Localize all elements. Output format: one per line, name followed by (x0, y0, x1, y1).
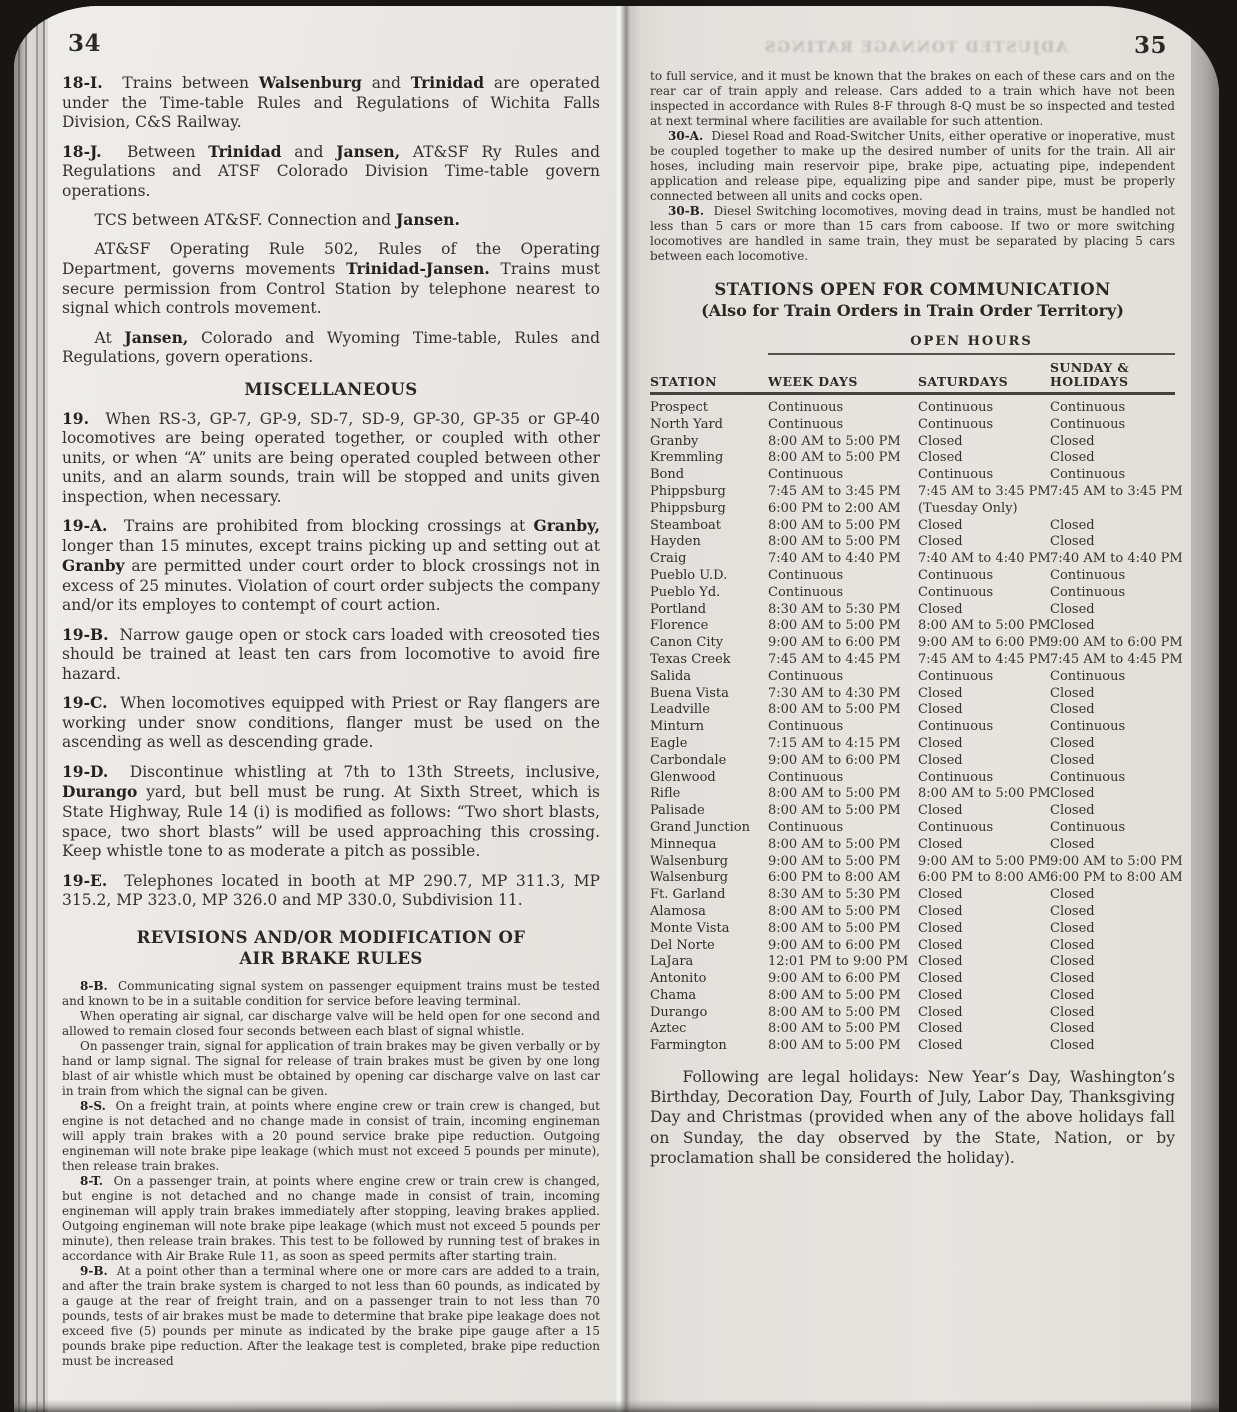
hours-cell: Continuous (1050, 669, 1175, 686)
station-name: Eagle (650, 736, 768, 753)
hours-cell: Closed (1050, 938, 1175, 955)
paragraph: AT&SF Operating Rule 502, Rules of the O… (62, 240, 600, 319)
station-name: Pueblo U.D. (650, 568, 768, 585)
paragraph: 30-A. Diesel Road and Road-Switcher Unit… (650, 129, 1175, 204)
hours-cell (1050, 501, 1175, 518)
book-gutter (616, 6, 630, 1412)
hours-cell: Continuous (918, 568, 1050, 585)
hours-cell: Closed (918, 1021, 1050, 1038)
bold-run: 18-J. (62, 142, 102, 161)
hours-cell: Continuous (768, 669, 918, 686)
station-name: Durango (650, 1005, 768, 1022)
paragraph: 18-J. Between Trinidad and Jansen, AT&SF… (62, 142, 600, 202)
bold-run: 19-C. (62, 693, 107, 712)
table-row: Palisade8:00 AM to 5:00 PMClosedClosed (650, 803, 1175, 820)
bold-run: Granby (62, 556, 125, 575)
paragraph: 8-S. On a freight train, at points where… (62, 1099, 600, 1174)
hours-cell: Continuous (918, 770, 1050, 787)
hours-cell: Closed (1050, 921, 1175, 938)
hours-cell: Closed (1050, 518, 1175, 535)
table-row: GlenwoodContinuousContinuousContinuous (650, 770, 1175, 787)
hours-cell: 9:00 AM to 6:00 PM (768, 971, 918, 988)
column-header: WEEK DAYS (768, 375, 918, 389)
paragraph: 19-A. Trains are prohibited from blockin… (62, 516, 600, 616)
station-name: Palisade (650, 803, 768, 820)
table-row: Pueblo U.D.ContinuousContinuousContinuou… (650, 568, 1175, 585)
paragraph: 19-E. Telephones located in booth at MP … (62, 871, 600, 911)
table-row: Rifle8:00 AM to 5:00 PM8:00 AM to 5:00 P… (650, 786, 1175, 803)
station-name: Alamosa (650, 904, 768, 921)
hours-cell: 8:00 AM to 5:00 PM (768, 988, 918, 1005)
hours-cell: 8:00 AM to 5:00 PM (918, 786, 1050, 803)
hours-cell: 9:00 AM to 6:00 PM (768, 635, 918, 652)
table-row: Monte Vista8:00 AM to 5:00 PMClosedClose… (650, 921, 1175, 938)
hours-cell: 7:45 AM to 4:45 PM (1050, 652, 1183, 669)
table-row: Alamosa8:00 AM to 5:00 PMClosedClosed (650, 904, 1175, 921)
table-row: SalidaContinuousContinuousContinuous (650, 669, 1175, 686)
section-heading: MISCELLANEOUS (62, 380, 600, 399)
hours-cell: 8:00 AM to 5:00 PM (768, 434, 918, 451)
hours-cell: Closed (1050, 803, 1175, 820)
page-34-content: 18-I. Trains between Walsenburg and Trin… (62, 73, 600, 1369)
hours-cell: Closed (918, 971, 1050, 988)
text-run: and (362, 74, 411, 92)
hours-cell: Closed (918, 988, 1050, 1005)
text-run: are permitted under court order to block… (62, 557, 600, 614)
bold-run: Trinidad-Jansen. (346, 259, 490, 278)
paragraph: 8-B. Communicating signal system on pass… (62, 979, 600, 1009)
text-run: At (95, 329, 125, 347)
text-run: Diesel Switching locomotives, moving dea… (650, 204, 1175, 263)
hours-cell: Closed (1050, 534, 1175, 551)
paragraph: 30-B. Diesel Switching locomotives, movi… (650, 204, 1175, 264)
hours-cell: 8:30 AM to 5:30 PM (768, 887, 918, 904)
hours-cell: Continuous (768, 770, 918, 787)
station-name: Del Norte (650, 938, 768, 955)
hours-cell: 8:00 AM to 5:00 PM (768, 450, 918, 467)
hours-cell: Closed (918, 434, 1050, 451)
hours-cell: 8:00 AM to 5:00 PM (918, 618, 1050, 635)
station-name: Minnequa (650, 837, 768, 854)
hours-cell: 8:00 AM to 5:00 PM (768, 786, 918, 803)
hours-cell: 8:00 AM to 5:00 PM (768, 1038, 918, 1055)
station-name: Florence (650, 618, 768, 635)
station-name: Salida (650, 669, 768, 686)
bold-run: 8-B. (80, 979, 108, 993)
station-name: Craig (650, 551, 768, 568)
hours-cell: Continuous (918, 467, 1050, 484)
bold-run: 19-A. (62, 516, 107, 535)
hours-cell: 12:01 PM to 9:00 PM (768, 954, 918, 971)
hours-cell: 7:40 AM to 4:40 PM (768, 551, 918, 568)
hours-cell: Continuous (1050, 400, 1175, 417)
station-name: Walsenburg (650, 854, 768, 871)
text-run: Following are legal holidays: New Year’s… (650, 1068, 1175, 1167)
bold-run: 30-B. (668, 204, 704, 218)
hours-cell: Continuous (918, 820, 1050, 837)
stations-section-subtitle: (Also for Train Orders in Train Order Te… (650, 301, 1175, 320)
stations-section-title: STATIONS OPEN FOR COMMUNICATION (650, 280, 1175, 299)
hours-cell: Closed (1050, 736, 1175, 753)
hours-cell: Closed (918, 602, 1050, 619)
hours-cell: Closed (1050, 602, 1175, 619)
hours-cell: Closed (918, 837, 1050, 854)
hours-cell: Closed (918, 518, 1050, 535)
table-row: Farmington8:00 AM to 5:00 PMClosedClosed (650, 1038, 1175, 1055)
table-row: Leadville8:00 AM to 5:00 PMClosedClosed (650, 702, 1175, 719)
table-row: ProspectContinuousContinuousContinuous (650, 400, 1175, 417)
hours-cell: 8:00 AM to 5:00 PM (768, 837, 918, 854)
text-run: When operating air signal, car discharge… (62, 1009, 600, 1038)
table-row: Texas Creek7:45 AM to 4:45 PM7:45 AM to … (650, 652, 1175, 669)
hours-cell: Closed (918, 887, 1050, 904)
bold-run: 19-B. (62, 625, 109, 644)
station-name: Glenwood (650, 770, 768, 787)
bold-run: 9-B. (80, 1264, 108, 1278)
hours-cell: 8:00 AM to 5:00 PM (768, 921, 918, 938)
hours-cell: Closed (1050, 904, 1175, 921)
paragraph: 19-C. When locomotives equipped with Pri… (62, 693, 600, 753)
station-name: Aztec (650, 1021, 768, 1038)
table-row: Eagle7:15 AM to 4:15 PMClosedClosed (650, 736, 1175, 753)
page-edge-stack-right (1191, 6, 1219, 1412)
bold-run: Jansen, (336, 142, 400, 161)
heading-line: REVISIONS AND/OR MODIFICATION OF (62, 927, 600, 948)
hours-cell: 7:30 AM to 4:30 PM (768, 686, 918, 703)
paragraph: When operating air signal, car discharge… (62, 1009, 600, 1039)
table-row: Aztec8:00 AM to 5:00 PMClosedClosed (650, 1021, 1175, 1038)
hours-cell: Closed (918, 1038, 1050, 1055)
table-row: Chama8:00 AM to 5:00 PMClosedClosed (650, 988, 1175, 1005)
text-run: On a freight train, at points where engi… (62, 1099, 600, 1173)
hours-cell: Continuous (1050, 719, 1175, 736)
paragraph: 9-B. At a point other than a terminal wh… (62, 1264, 600, 1369)
paragraph: TCS between AT&SF. Connection and Jansen… (62, 210, 600, 231)
text-run: Trains are prohibited from blocking cros… (107, 517, 533, 535)
table-row: Steamboat8:00 AM to 5:00 PMClosedClosed (650, 518, 1175, 535)
page-number-left: 34 (68, 30, 600, 57)
text-run: and (282, 143, 337, 161)
table-row: Phippsburg6:00 PM to 2:00 AM(Tuesday Onl… (650, 501, 1175, 518)
table-row: Kremmling8:00 AM to 5:00 PMClosedClosed (650, 450, 1175, 467)
hours-cell: Closed (1050, 887, 1175, 904)
hours-cell: Closed (1050, 753, 1175, 770)
hours-cell: Continuous (768, 820, 918, 837)
hours-cell: Continuous (1050, 820, 1175, 837)
hours-cell: 8:00 AM to 5:00 PM (768, 803, 918, 820)
hours-cell: 6:00 PM to 2:00 AM (768, 501, 918, 518)
paragraph: On passenger train, signal for applicati… (62, 1039, 600, 1099)
column-header: SUNDAY & HOLIDAYS (1050, 361, 1175, 389)
hours-cell: Continuous (768, 400, 918, 417)
hours-cell: 8:00 AM to 5:00 PM (768, 1021, 918, 1038)
table-row: Walsenburg9:00 AM to 5:00 PM9:00 AM to 5… (650, 854, 1175, 871)
hours-cell: 7:45 AM to 3:45 PM (918, 484, 1050, 501)
hours-cell: Closed (918, 803, 1050, 820)
station-name: Rifle (650, 786, 768, 803)
station-name: Bond (650, 467, 768, 484)
hours-cell: Closed (1050, 786, 1175, 803)
hours-cell: Continuous (918, 417, 1050, 434)
hours-cell: Continuous (768, 585, 918, 602)
paragraph: Following are legal holidays: New Year’s… (650, 1067, 1175, 1168)
hours-cell: Continuous (768, 467, 918, 484)
table-row: Buena Vista7:30 AM to 4:30 PMClosedClose… (650, 686, 1175, 703)
station-name: Grand Junction (650, 820, 768, 837)
station-name: Walsenburg (650, 870, 768, 887)
hours-cell: Continuous (918, 719, 1050, 736)
text-run: Discontinue whistling at 7th to 13th Str… (108, 763, 600, 781)
station-name: North Yard (650, 417, 768, 434)
hours-cell: Closed (1050, 618, 1175, 635)
hours-cell: Closed (1050, 988, 1175, 1005)
text-run: yard, but bell must be rung. At Sixth St… (62, 783, 600, 860)
hours-cell: Continuous (1050, 467, 1175, 484)
station-name: Leadville (650, 702, 768, 719)
hours-cell: Closed (1050, 450, 1175, 467)
hours-cell: Closed (1050, 837, 1175, 854)
hours-cell: 7:45 AM to 3:45 PM (768, 484, 918, 501)
hours-cell: Continuous (768, 719, 918, 736)
station-name: Minturn (650, 719, 768, 736)
hours-cell: Closed (1050, 686, 1175, 703)
station-name: Canon City (650, 635, 768, 652)
text-run: When locomotives equipped with Priest or… (62, 694, 600, 751)
hours-cell: Closed (918, 753, 1050, 770)
hours-cell: 9:00 AM to 5:00 PM (918, 854, 1050, 871)
hours-cell: Continuous (918, 669, 1050, 686)
text-run: On passenger train, signal for applicati… (62, 1039, 600, 1098)
text-run: When RS-3, GP-7, GP-9, SD-7, SD-9, GP-30… (62, 410, 600, 506)
table-row: Granby8:00 AM to 5:00 PMClosedClosed (650, 434, 1175, 451)
station-name: LaJara (650, 954, 768, 971)
station-name: Monte Vista (650, 921, 768, 938)
hours-cell: Continuous (1050, 417, 1175, 434)
hours-cell: 9:00 AM to 6:00 PM (1050, 635, 1183, 652)
hours-cell: 7:45 AM to 3:45 PM (1050, 484, 1183, 501)
holidays-paragraph-wrap: Following are legal holidays: New Year’s… (650, 1067, 1175, 1168)
paragraph: 18-I. Trains between Walsenburg and Trin… (62, 73, 600, 133)
table-row: Pueblo Yd.ContinuousContinuousContinuous (650, 585, 1175, 602)
hours-cell: Closed (1050, 1005, 1175, 1022)
table-row: Carbondale9:00 AM to 6:00 PMClosedClosed (650, 753, 1175, 770)
hours-cell: Closed (1050, 971, 1175, 988)
station-name: Portland (650, 602, 768, 619)
heading-line: AIR BRAKE RULES (62, 948, 600, 969)
hours-cell: Continuous (918, 585, 1050, 602)
station-name: Carbondale (650, 753, 768, 770)
table-row: BondContinuousContinuousContinuous (650, 467, 1175, 484)
station-name: Chama (650, 988, 768, 1005)
paragraph: 19. When RS-3, GP-7, GP-9, SD-7, SD-9, G… (62, 409, 600, 508)
hours-cell: (Tuesday Only) (918, 501, 1050, 518)
hours-cell: 7:40 AM to 4:40 PM (918, 551, 1050, 568)
hours-cell: 8:00 AM to 5:00 PM (768, 904, 918, 921)
table-row: Antonito9:00 AM to 6:00 PMClosedClosed (650, 971, 1175, 988)
station-name: Farmington (650, 1038, 768, 1055)
column-header: SATURDAYS (918, 375, 1050, 389)
station-name: Kremmling (650, 450, 768, 467)
table-row: LaJara12:01 PM to 9:00 PMClosedClosed (650, 954, 1175, 971)
station-name: Steamboat (650, 518, 768, 535)
hours-cell: Continuous (1050, 568, 1175, 585)
hours-cell: 7:40 AM to 4:40 PM (1050, 551, 1183, 568)
hours-cell: Closed (918, 954, 1050, 971)
table-row: Durango8:00 AM to 5:00 PMClosedClosed (650, 1005, 1175, 1022)
hours-cell: 7:45 AM to 4:45 PM (768, 652, 918, 669)
hours-cell: 9:00 AM to 5:00 PM (768, 854, 918, 871)
station-name: Ft. Garland (650, 887, 768, 904)
hours-cell: 8:30 AM to 5:30 PM (768, 602, 918, 619)
text-run: Between (102, 143, 209, 161)
bold-run: Durango (62, 782, 137, 801)
bold-run: 19-E. (62, 871, 107, 890)
open-hours-header: OPEN HOURS (768, 334, 1175, 355)
page-34: 34 18-I. Trains between Walsenburg and T… (48, 6, 616, 1412)
page-35-top-content: to full service, and it must be known th… (650, 69, 1175, 264)
hours-cell: Closed (918, 736, 1050, 753)
bold-run: Trinidad (411, 73, 484, 92)
hours-cell: Closed (918, 921, 1050, 938)
table-row: MinturnContinuousContinuousContinuous (650, 719, 1175, 736)
station-name: Buena Vista (650, 686, 768, 703)
table-row: Grand JunctionContinuousContinuousContin… (650, 820, 1175, 837)
hours-cell: Closed (1050, 954, 1175, 971)
bold-run: 19-D. (62, 762, 108, 781)
text-run: At a point other than a terminal where o… (62, 1264, 600, 1368)
hours-cell: 8:00 AM to 5:00 PM (768, 1005, 918, 1022)
hours-cell: Closed (1050, 434, 1175, 451)
text-run: TCS between AT&SF. Connection and (95, 211, 396, 229)
table-header-row: STATIONWEEK DAYSSATURDAYSSUNDAY & HOLIDA… (650, 355, 1175, 395)
show-through-text: ADJUSTED TONNAGE RATINGS (690, 38, 1141, 56)
hours-cell: Closed (918, 904, 1050, 921)
hours-cell: Closed (1050, 1038, 1175, 1055)
bold-run: Jansen, (124, 328, 188, 347)
bold-run: 19. (62, 409, 89, 428)
bold-run: 8-T. (80, 1174, 103, 1188)
hours-cell: Continuous (1050, 770, 1175, 787)
text-run: to full service, and it must be known th… (650, 69, 1175, 128)
hours-cell: 9:00 AM to 6:00 PM (768, 753, 918, 770)
text-run: Telephones located in booth at MP 290.7,… (62, 872, 600, 910)
table-row: Craig7:40 AM to 4:40 PM7:40 AM to 4:40 P… (650, 551, 1175, 568)
hours-cell: Closed (918, 686, 1050, 703)
bold-run: 18-I. (62, 73, 103, 92)
text-run: Communicating signal system on passenger… (62, 979, 600, 1008)
hours-cell: Closed (1050, 1021, 1175, 1038)
hours-cell: 9:00 AM to 6:00 PM (918, 635, 1050, 652)
table-row: Phippsburg7:45 AM to 3:45 PM7:45 AM to 3… (650, 484, 1175, 501)
station-name: Phippsburg (650, 484, 768, 501)
bold-run: 8-S. (80, 1099, 106, 1113)
page-edge-stack-left (14, 6, 48, 1412)
text-run: longer than 15 minutes, except trains pi… (62, 537, 600, 555)
station-name: Antonito (650, 971, 768, 988)
text-run: On a passenger train, at points where en… (62, 1174, 600, 1263)
table-row: Florence8:00 AM to 5:00 PM8:00 AM to 5:0… (650, 618, 1175, 635)
station-name: Granby (650, 434, 768, 451)
table-row: Walsenburg6:00 PM to 8:00 AM6:00 PM to 8… (650, 870, 1175, 887)
paragraph: to full service, and it must be known th… (650, 69, 1175, 129)
page-35: ADJUSTED TONNAGE RATINGS 35 to full serv… (630, 6, 1191, 1412)
paragraph: At Jansen, Colorado and Wyoming Time-tab… (62, 328, 600, 368)
station-name: Pueblo Yd. (650, 585, 768, 602)
hours-cell: Continuous (768, 417, 918, 434)
hours-cell: 8:00 AM to 5:00 PM (768, 618, 918, 635)
hours-cell: Closed (918, 702, 1050, 719)
hours-cell: 7:45 AM to 4:45 PM (918, 652, 1050, 669)
hours-cell: 8:00 AM to 5:00 PM (768, 518, 918, 535)
column-header: STATION (650, 375, 768, 389)
hours-cell: Continuous (918, 400, 1050, 417)
table-row: Ft. Garland8:30 AM to 5:30 PMClosedClose… (650, 887, 1175, 904)
hours-cell: 9:00 AM to 5:00 PM (1050, 854, 1183, 871)
table-row: North YardContinuousContinuousContinuous (650, 417, 1175, 434)
bold-run: Granby, (534, 516, 600, 535)
hours-cell: 6:00 PM to 8:00 AM (768, 870, 918, 887)
section-heading: REVISIONS AND/OR MODIFICATION OFAIR BRAK… (62, 927, 600, 970)
stations-table: ProspectContinuousContinuousContinuousNo… (650, 400, 1175, 1055)
hours-cell: 6:00 PM to 8:00 AM (918, 870, 1050, 887)
hours-cell: Closed (918, 450, 1050, 467)
hours-cell: Continuous (1050, 585, 1175, 602)
hours-cell: Continuous (768, 568, 918, 585)
text-run: Narrow gauge open or stock cars loaded w… (62, 626, 600, 683)
table-row: Portland8:30 AM to 5:30 PMClosedClosed (650, 602, 1175, 619)
hours-cell: Closed (918, 1005, 1050, 1022)
hours-cell: 9:00 AM to 6:00 PM (768, 938, 918, 955)
hours-cell: Closed (1050, 702, 1175, 719)
station-name: Phippsburg (650, 501, 768, 518)
table-row: Canon City9:00 AM to 6:00 PM9:00 AM to 6… (650, 635, 1175, 652)
hours-cell: 8:00 AM to 5:00 PM (768, 534, 918, 551)
hours-cell: Closed (918, 534, 1050, 551)
hours-cell: 7:15 AM to 4:15 PM (768, 736, 918, 753)
station-name: Prospect (650, 400, 768, 417)
table-row: Hayden8:00 AM to 5:00 PMClosedClosed (650, 534, 1175, 551)
bold-run: 30-A. (668, 129, 703, 143)
hours-cell: 8:00 AM to 5:00 PM (768, 702, 918, 719)
paragraph: 8-T. On a passenger train, at points whe… (62, 1174, 600, 1264)
station-name: Texas Creek (650, 652, 768, 669)
text-run: Trains between (103, 74, 259, 92)
paragraph: 19-D. Discontinue whistling at 7th to 13… (62, 762, 600, 862)
table-row: Del Norte9:00 AM to 6:00 PMClosedClosed (650, 938, 1175, 955)
bold-run: Walsenburg (259, 73, 362, 92)
bold-run: Trinidad (208, 142, 281, 161)
book: 34 18-I. Trains between Walsenburg and T… (14, 6, 1219, 1412)
paragraph: 19-B. Narrow gauge open or stock cars lo… (62, 625, 600, 685)
book-bottom-shadow (14, 1400, 1219, 1412)
station-name: Hayden (650, 534, 768, 551)
hours-cell: Closed (918, 938, 1050, 955)
table-row: Minnequa8:00 AM to 5:00 PMClosedClosed (650, 837, 1175, 854)
text-run: Diesel Road and Road-Switcher Units, eit… (650, 129, 1175, 203)
bold-run: Jansen. (396, 210, 460, 229)
hours-cell: 6:00 PM to 8:00 AM (1050, 870, 1183, 887)
